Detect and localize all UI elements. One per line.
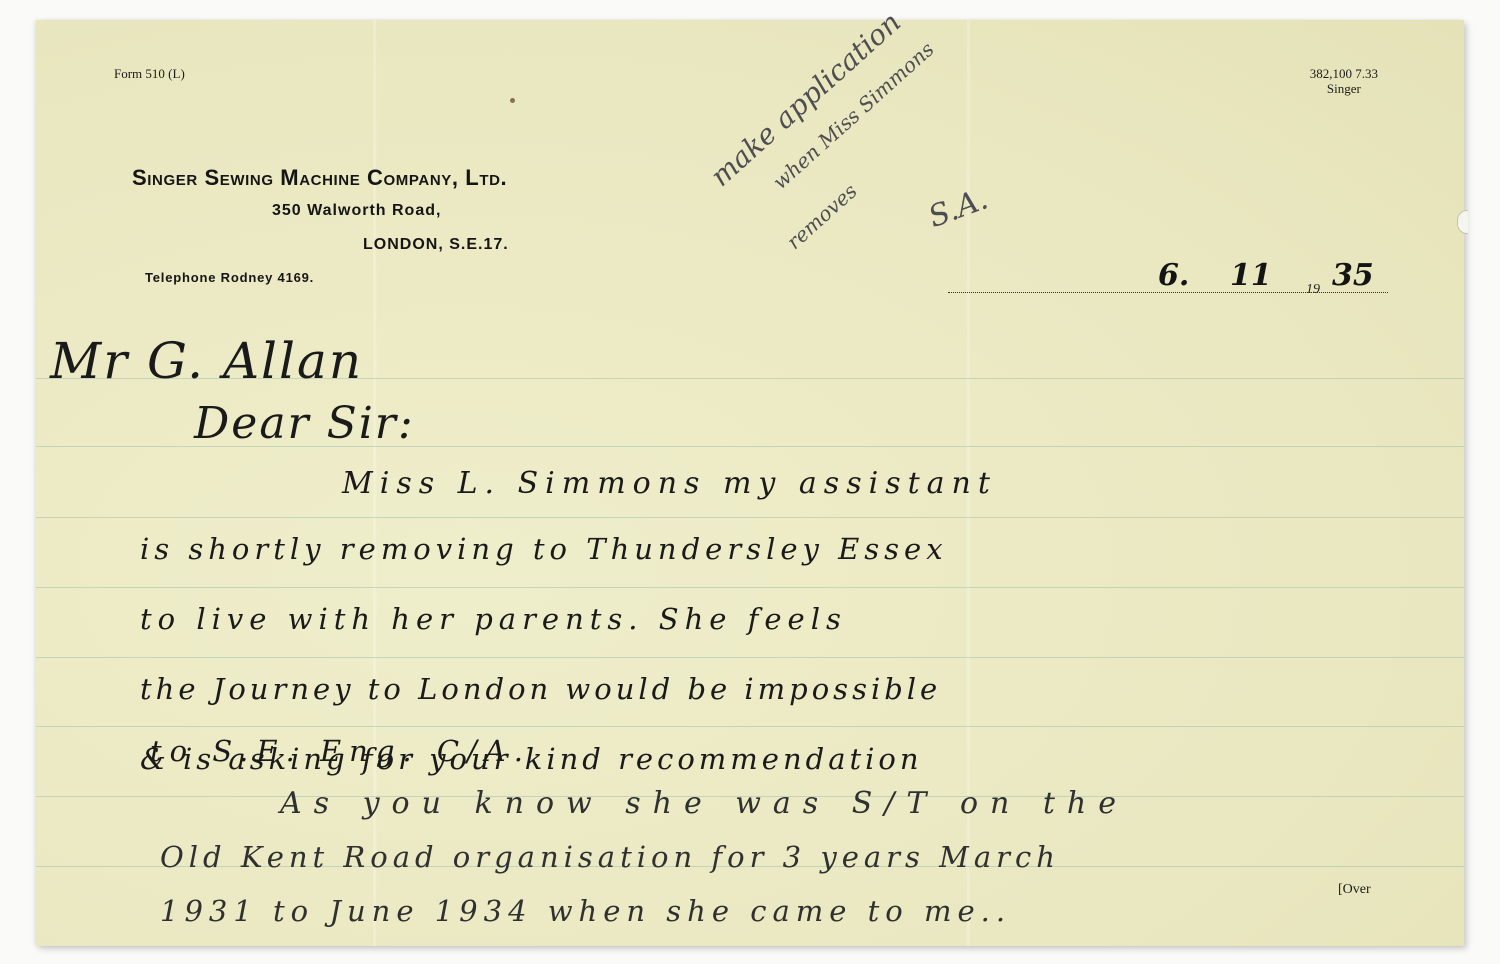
body-line: the Journey to London would be impossibl…	[140, 672, 941, 706]
ruled-line	[36, 726, 1464, 727]
paper-tear	[1457, 210, 1468, 234]
body-line: to live with her parents. She feels	[140, 602, 847, 636]
body-line: is shortly removing to Thundersley Essex	[140, 532, 948, 566]
body-line: 1931 to June 1934 when she came to me..	[160, 894, 1011, 928]
telephone: Telephone Rodney 4169.	[145, 270, 314, 285]
print-run-code: 382,100 7.33	[1310, 66, 1378, 81]
pencil-margin-note: make application when Miss Simmons remov…	[706, 50, 1006, 300]
body-line: Miss L. Simmons my assistant	[342, 466, 997, 501]
ruled-line	[36, 517, 1464, 518]
recipient-name: Mr G. Allan	[50, 332, 363, 390]
date-year: 35	[1332, 258, 1374, 293]
salutation: Dear Sir:	[194, 398, 415, 449]
printer-name: Singer	[1310, 81, 1378, 96]
address-city: LONDON, S.E.17.	[363, 236, 509, 254]
ruled-line	[36, 657, 1464, 658]
print-reference: 382,100 7.33 Singer	[1310, 66, 1378, 96]
continuation-mark: [Over	[1338, 882, 1371, 898]
ruled-line	[36, 587, 1464, 588]
date-day: 6.	[1158, 258, 1189, 293]
date-printed-century: 19	[1306, 282, 1320, 298]
note-line: removes	[782, 179, 862, 254]
company-name: Singer Sewing Machine Company, Ltd.	[132, 165, 627, 191]
address-street: 350 Walworth Road,	[272, 202, 441, 220]
note-initials: S.A.	[924, 182, 993, 235]
body-line: As you know she was S/T on the	[280, 786, 1128, 821]
letterhead: Singer Sewing Machine Company, Ltd. 350 …	[132, 165, 627, 191]
body-line: to S.E. Eng. C/A.	[150, 734, 531, 768]
date-month: 11	[1230, 258, 1272, 293]
body-line: Old Kent Road organisation for 3 years M…	[160, 840, 1060, 874]
form-number: Form 510 (L)	[114, 66, 185, 82]
paper-stain	[510, 98, 515, 103]
